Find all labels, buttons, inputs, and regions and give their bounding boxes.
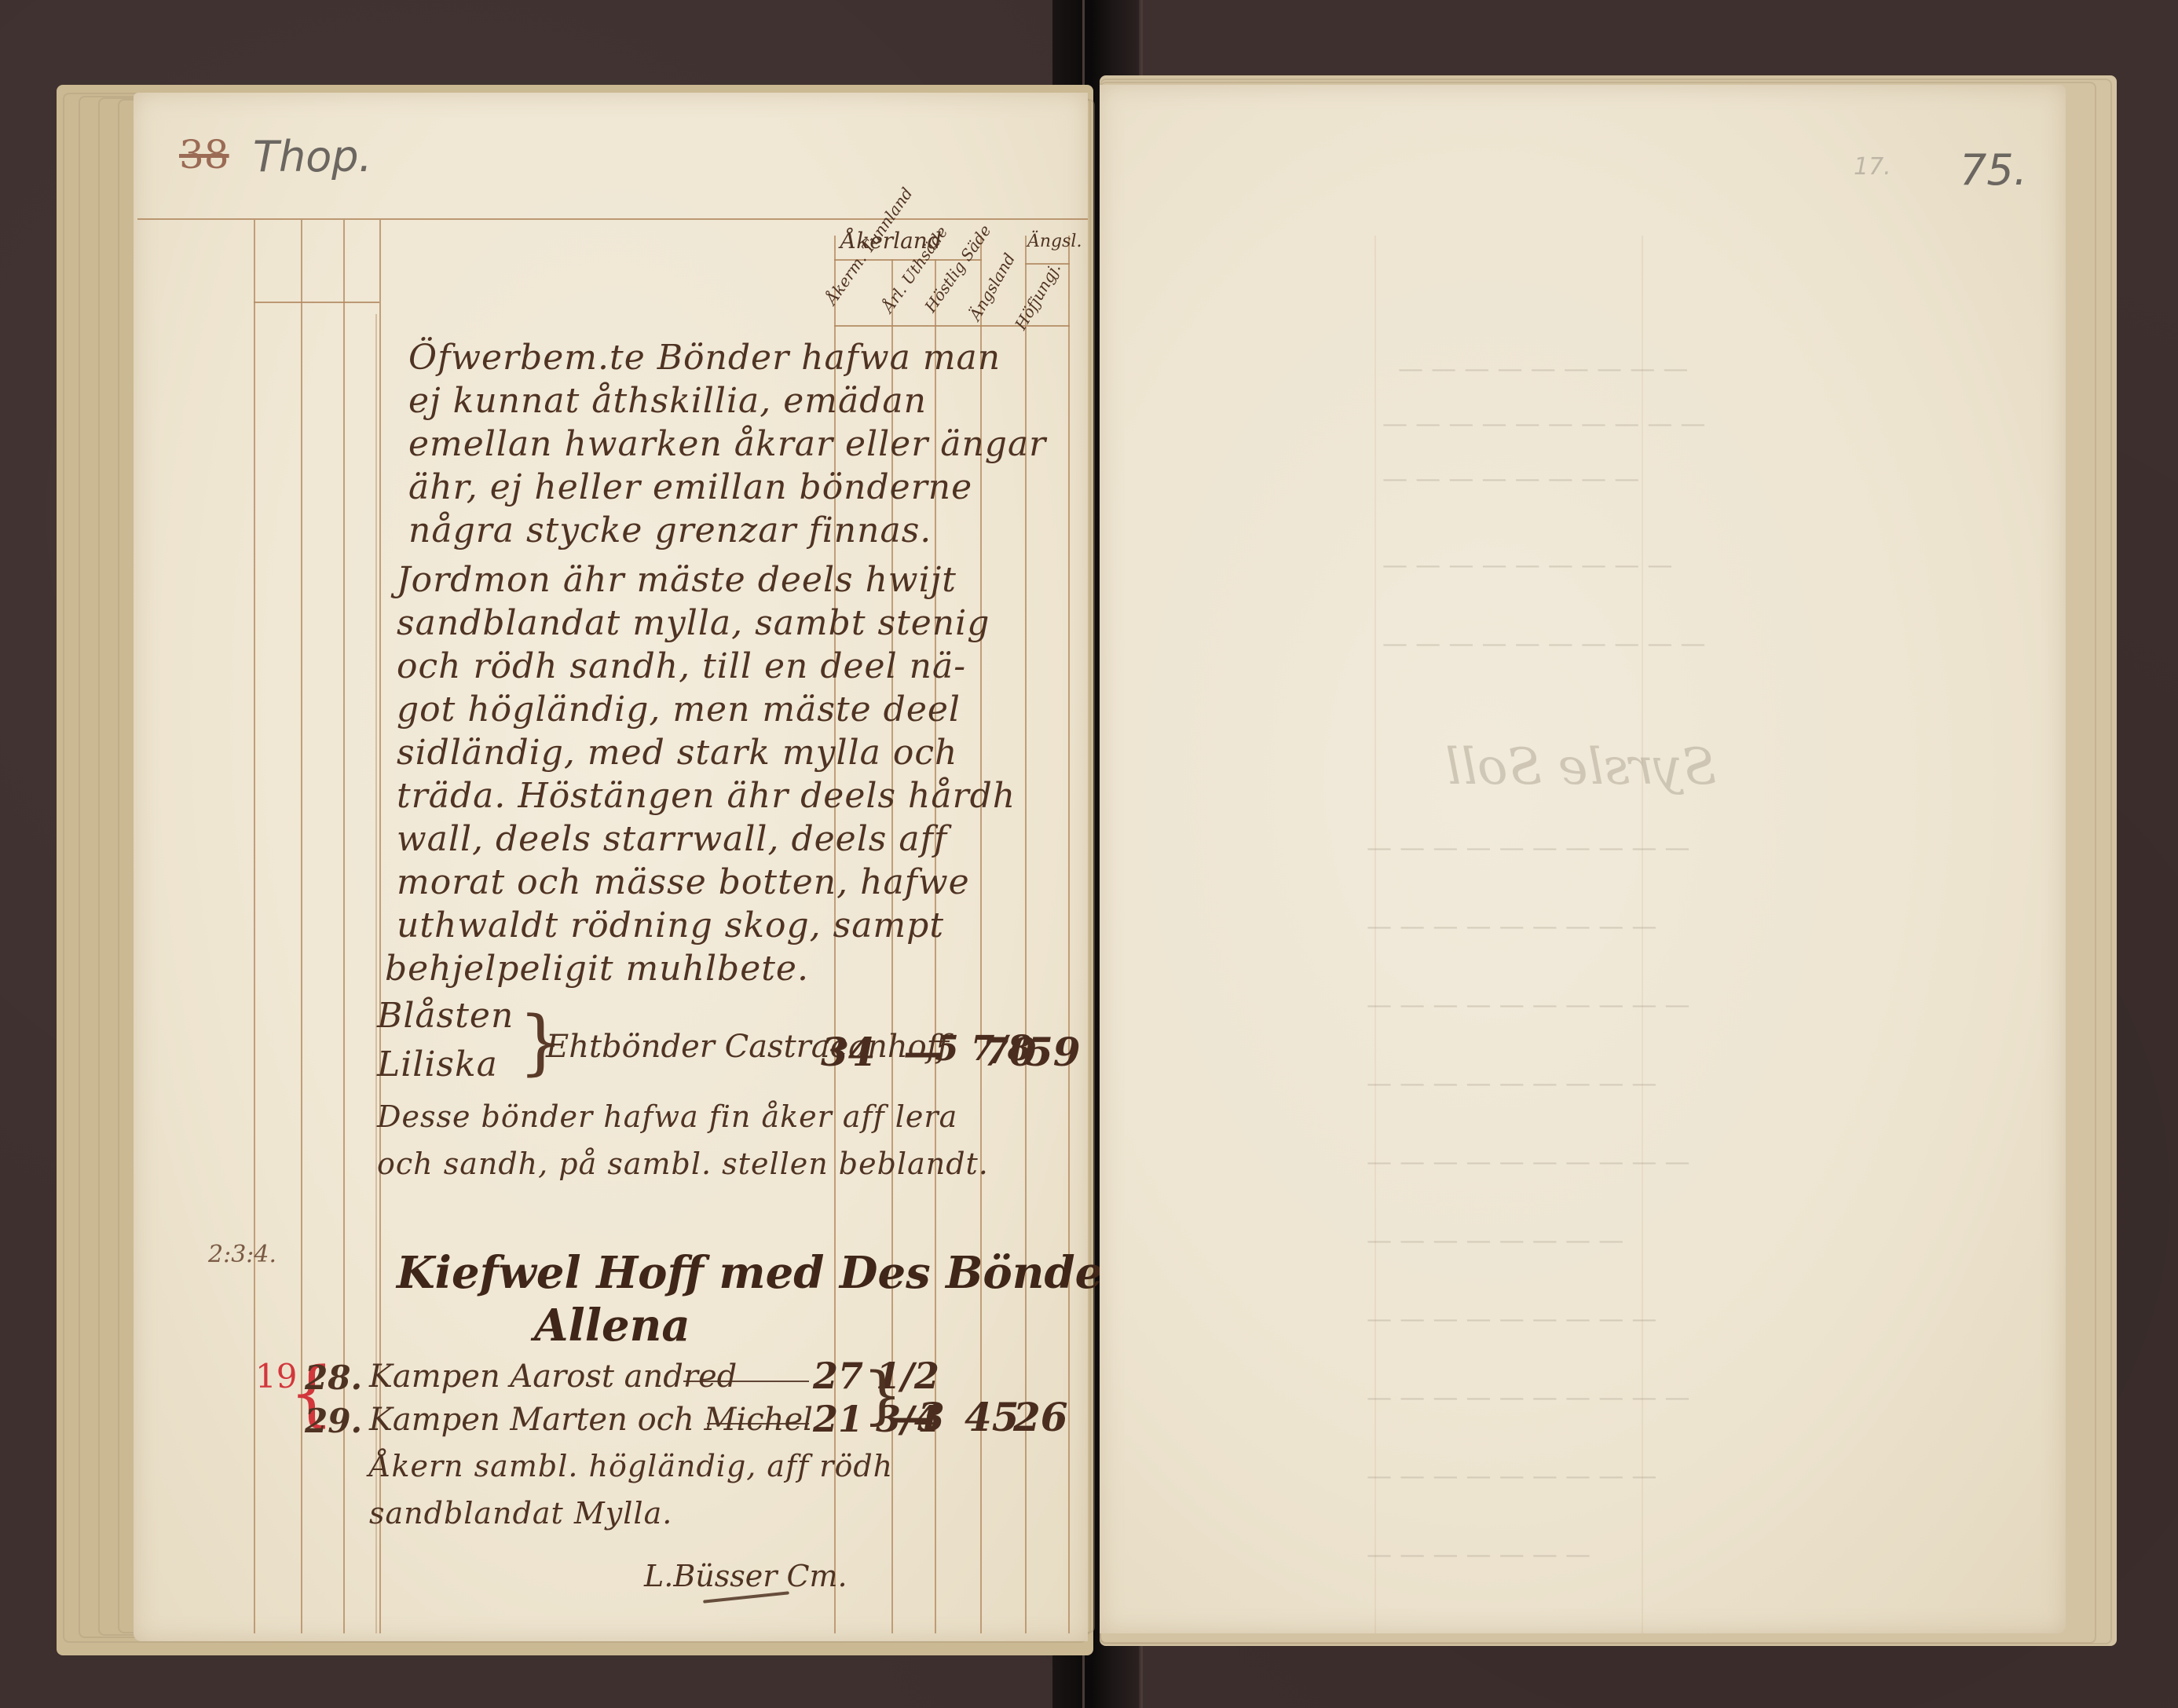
bleed-through-rule [1375,236,1376,1633]
bleed-through-rule [1642,236,1643,1633]
header-bottom-rule [834,325,1070,327]
top-rule [137,218,1088,220]
text-line: sandblandat Mylla. [369,1496,672,1531]
text-line: Jordmon ähr mäste deels hwijt [397,560,957,600]
old-folio-number: 38 [179,132,229,177]
text-line: morat och mässe botten, hafwe [397,862,970,902]
text-line: behjelpeligit muhlbete. [385,949,809,989]
value-column-rule [1068,236,1070,1633]
entry-number: 29. [305,1402,362,1440]
header-group-2: Ängsl. [1027,232,1082,251]
leader-line [707,1423,809,1425]
text-line: got högländig, men mäste deel [397,689,961,730]
leader-line [683,1381,809,1382]
text-line: och sandh, på sambl. stellen beblandt. [377,1147,989,1181]
text-line: ej kunnat åthskillia, emädan [408,381,927,421]
pencil-note: Thop. [253,132,372,181]
text-line: Åkern sambl. högländig, aff rödh [369,1449,893,1483]
margin-column-rule [254,220,255,1633]
signature: L.Büsser Cm. [644,1559,847,1593]
combined-value-2: 3 [917,1394,945,1440]
text-line: och rödh sandh, till en deel nä- [397,646,966,686]
entry-name: Kampen Marten och Michel [369,1402,813,1438]
combined-value-4: 26 [1013,1394,1068,1440]
section-title-line-2: Allena [534,1300,690,1351]
margin-header-rule [254,302,379,303]
text-line: ähr, ej heller emillan bönderne [408,467,972,507]
value-col-5: 59 [1026,1029,1081,1075]
text-line: uthwaldt rödning skog, sampt [397,905,944,945]
text-line: wall, deels starrwall, deels aff [397,819,947,859]
section-title: Kiefwel Hoff med Des Bönder [397,1247,1126,1299]
entry-name: Blåsten [377,996,514,1036]
text-line: Desse bönder hafwa fin åker aff lera [377,1099,957,1134]
text-line: träda. Höstängen ähr deels hårdh [397,776,1016,816]
text-line: Öfwerbem.te Bönder hafwa man [408,338,1001,378]
text-line: några stycke grenzar finnas. [408,510,932,550]
entry-name: Kampen Aarost andred [369,1359,737,1395]
value-col-1: 34 [821,1029,876,1075]
faded-pencil-note: 17. [1854,153,1891,181]
entry-number: 28. [305,1359,362,1397]
folio-number: 75. [1960,145,2027,195]
text-line: emellan hwarken åkrar eller ängar [408,424,1046,464]
text-line: sandblandat mylla, sambt stenig [397,603,990,643]
text-line: sidländig, med stark mylla och [397,733,957,773]
margin-note: 2:3:4. [208,1241,276,1268]
combined-value-3: 45 [965,1394,1019,1440]
entry-name: Liliska [377,1044,498,1084]
entry-bracket-text: Ehtbönder Castraeanhoff [546,1029,949,1065]
